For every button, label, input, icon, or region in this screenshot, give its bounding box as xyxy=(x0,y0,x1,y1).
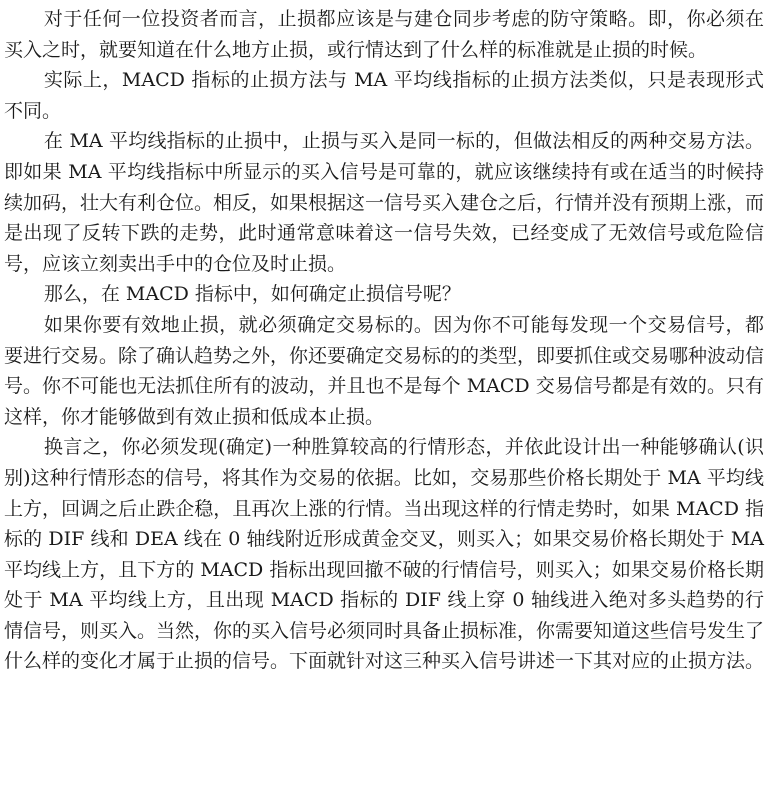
paragraph: 对于任何一位投资者而言，止损都应该是与建仓同步考虑的防守策略。即，你必须在买入之… xyxy=(4,4,764,65)
paragraph: 实际上，MACD 指标的止损方法与 MA 平均线指标的止损方法类似，只是表现形式… xyxy=(4,65,764,126)
paragraph: 换言之，你必须发现(确定)一种胜算较高的行情形态，并依此设计出一种能够确认(识别… xyxy=(4,432,764,677)
paragraph: 在 MA 平均线指标的止损中，止损与买入是同一标的，但做法相反的两种交易方法。即… xyxy=(4,126,764,279)
paragraph: 如果你要有效地止损，就必须确定交易标的。因为你不可能每发现一个交易信号，都要进行… xyxy=(4,310,764,432)
paragraph: 那么，在 MACD 指标中，如何确定止损信号呢？ xyxy=(4,279,764,310)
document-page: 对于任何一位投资者而言，止损都应该是与建仓同步考虑的防守策略。即，你必须在买入之… xyxy=(0,0,768,677)
